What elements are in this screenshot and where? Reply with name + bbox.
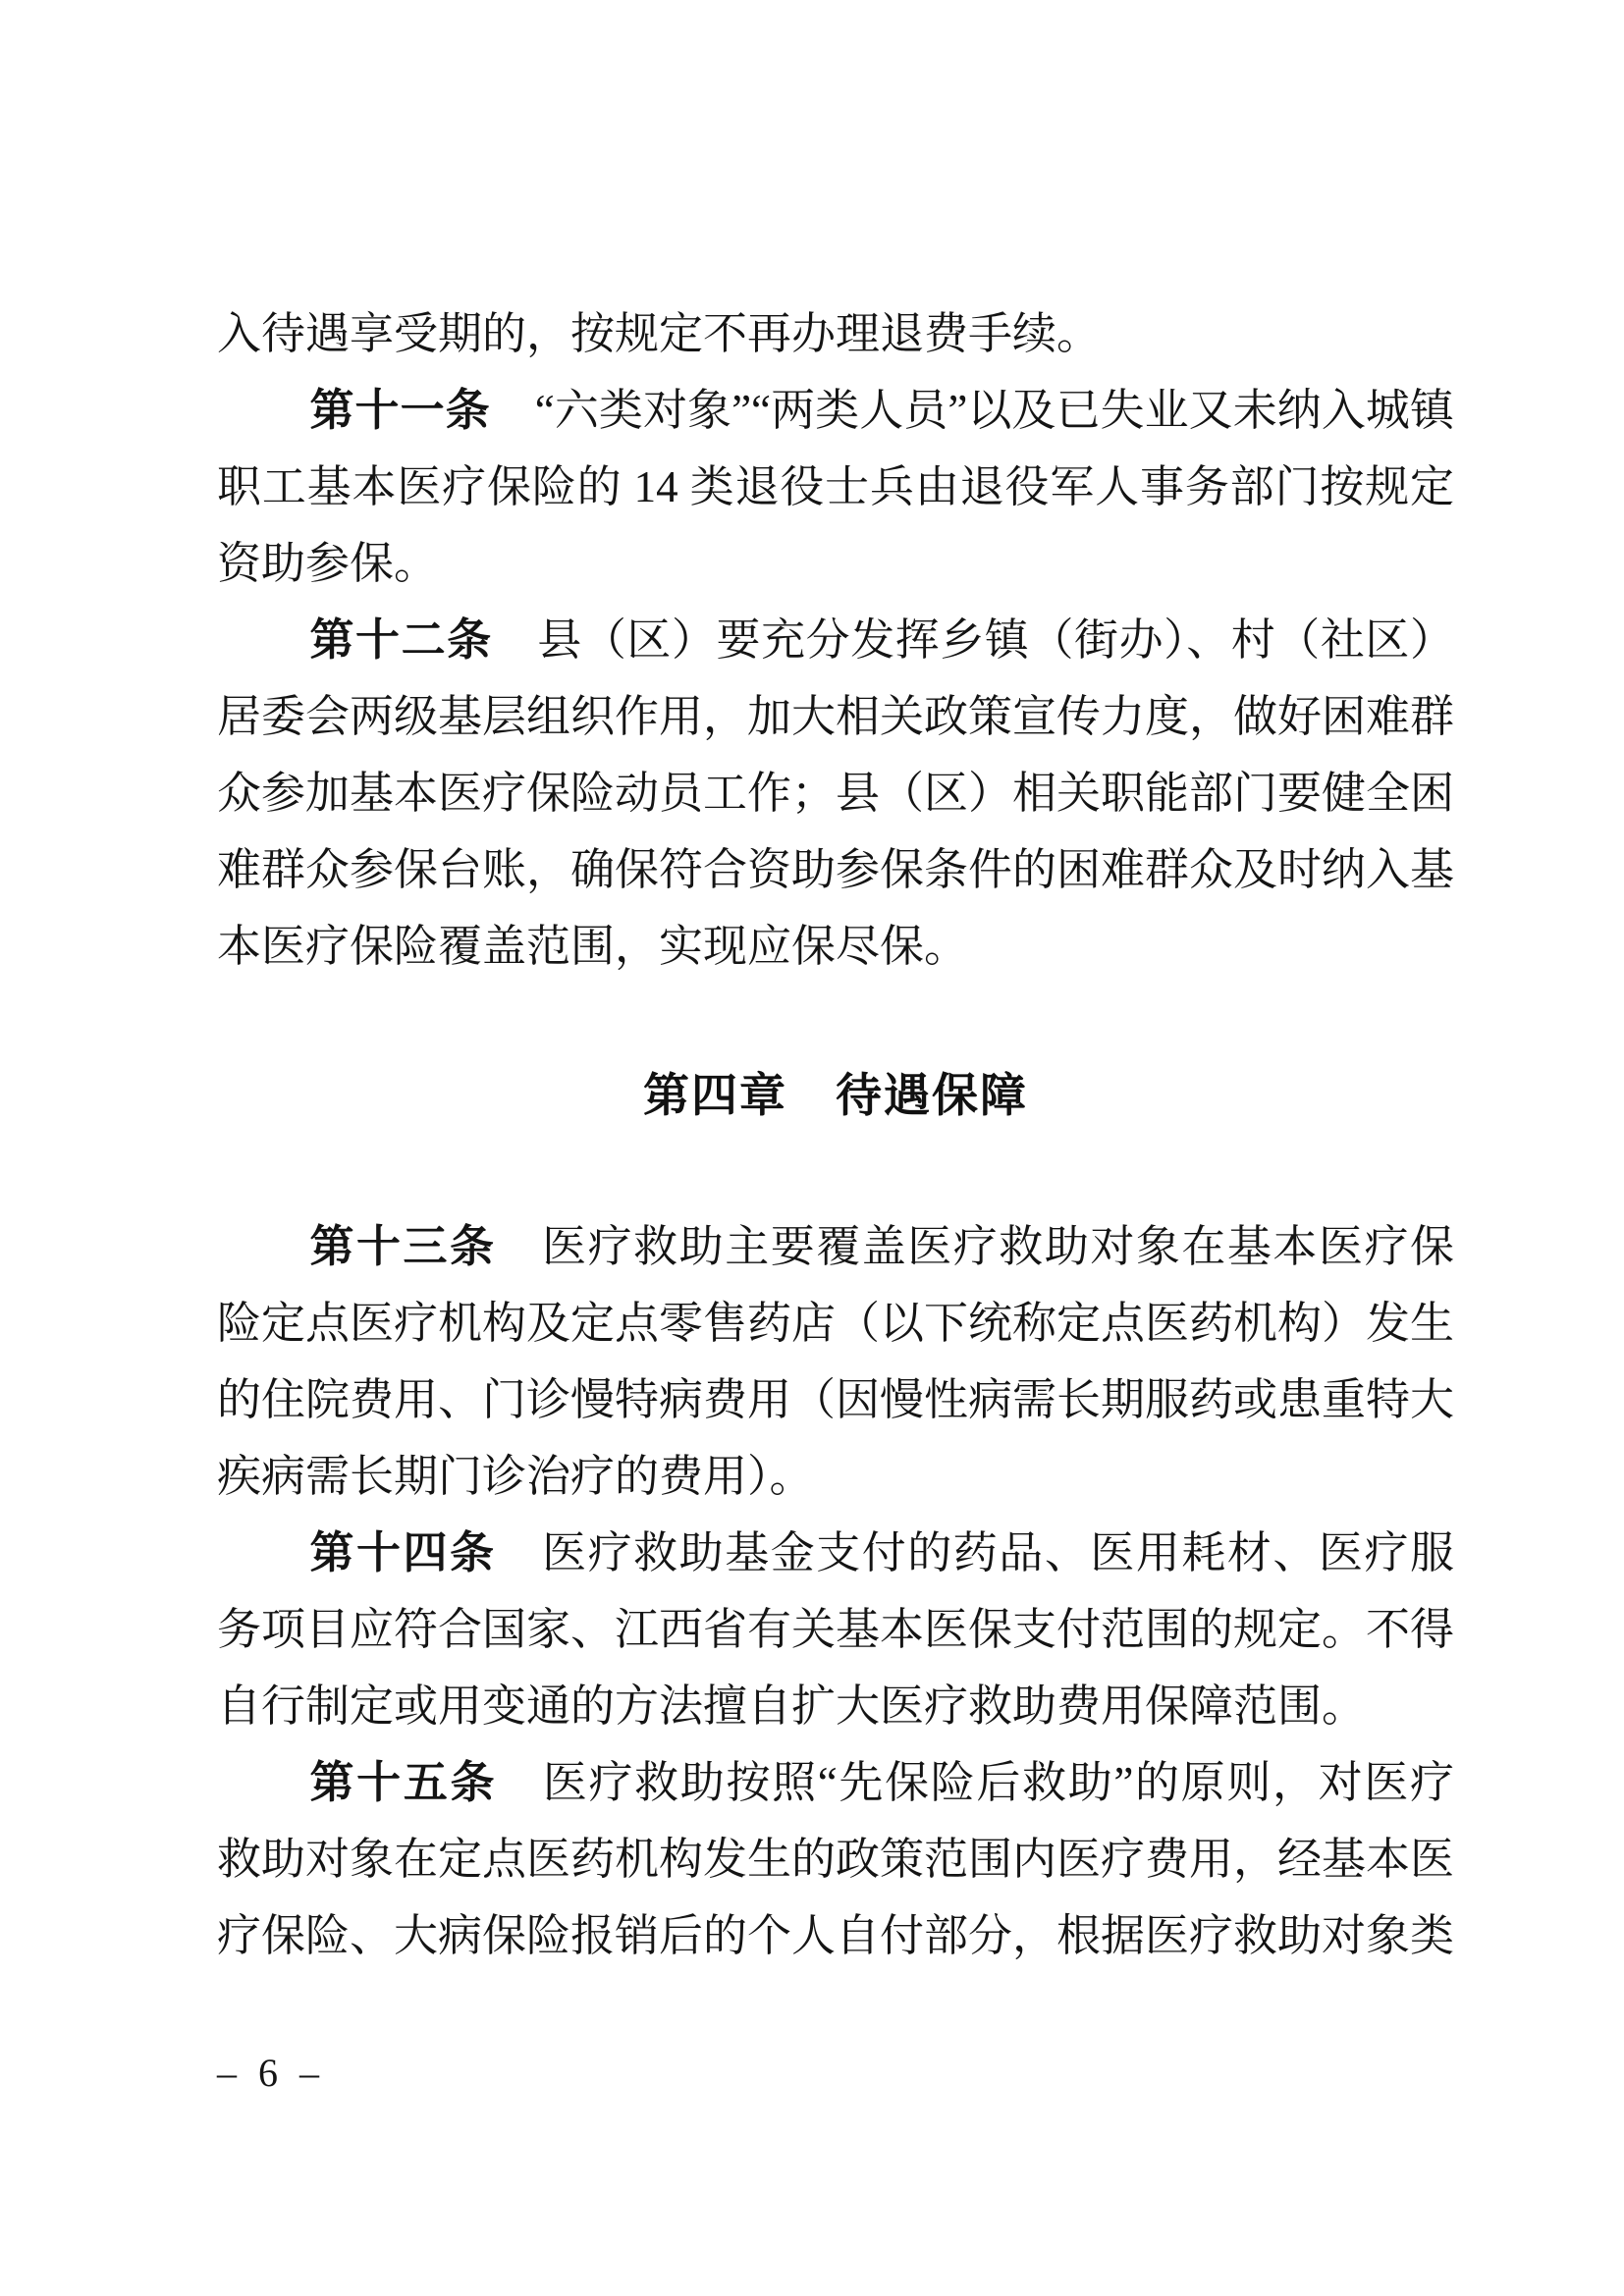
page-number: – 6 – <box>217 2035 325 2111</box>
document-page: 入待遇享受期的，按规定不再办理退费手续。第十一条 “六类对象”“两类人员”以及已… <box>0 0 1624 2296</box>
document-body: 入待遇享受期的，按规定不再办理退费手续。第十一条 “六类对象”“两类人员”以及已… <box>217 295 1454 1974</box>
article-paragraph: 第十五条 医疗救助按照“先保险后救助”的原则，对医疗救助对象在定点医药机构发生的… <box>217 1744 1454 1974</box>
body-paragraph: 入待遇享受期的，按规定不再办理退费手续。 <box>217 295 1454 372</box>
article-number-label: 第十一条 <box>310 386 491 435</box>
article-paragraph: 第十二条 县（区）要充分发挥乡镇（街办）、村（社区）居委会两级基层组织作用，加大… <box>217 602 1454 985</box>
chapter-heading: 第四章 待遇保障 <box>217 1057 1454 1134</box>
article-paragraph: 第十一条 “六类对象”“两类人员”以及已失业又未纳入城镇职工基本医疗保险的 14… <box>217 372 1454 602</box>
article-number-label: 第十五条 <box>310 1758 498 1807</box>
article-number-label: 第十四条 <box>310 1528 497 1577</box>
article-number-label: 第十二条 <box>310 615 493 665</box>
article-paragraph: 第十三条 医疗救助主要覆盖医疗救助对象在基本医疗保险定点医疗机构及定点零售药店（… <box>217 1208 1454 1515</box>
article-paragraph: 第十四条 医疗救助基金支付的药品、医用耗材、医疗服务项目应符合国家、江西省有关基… <box>217 1515 1454 1744</box>
article-number-label: 第十三条 <box>310 1222 497 1271</box>
